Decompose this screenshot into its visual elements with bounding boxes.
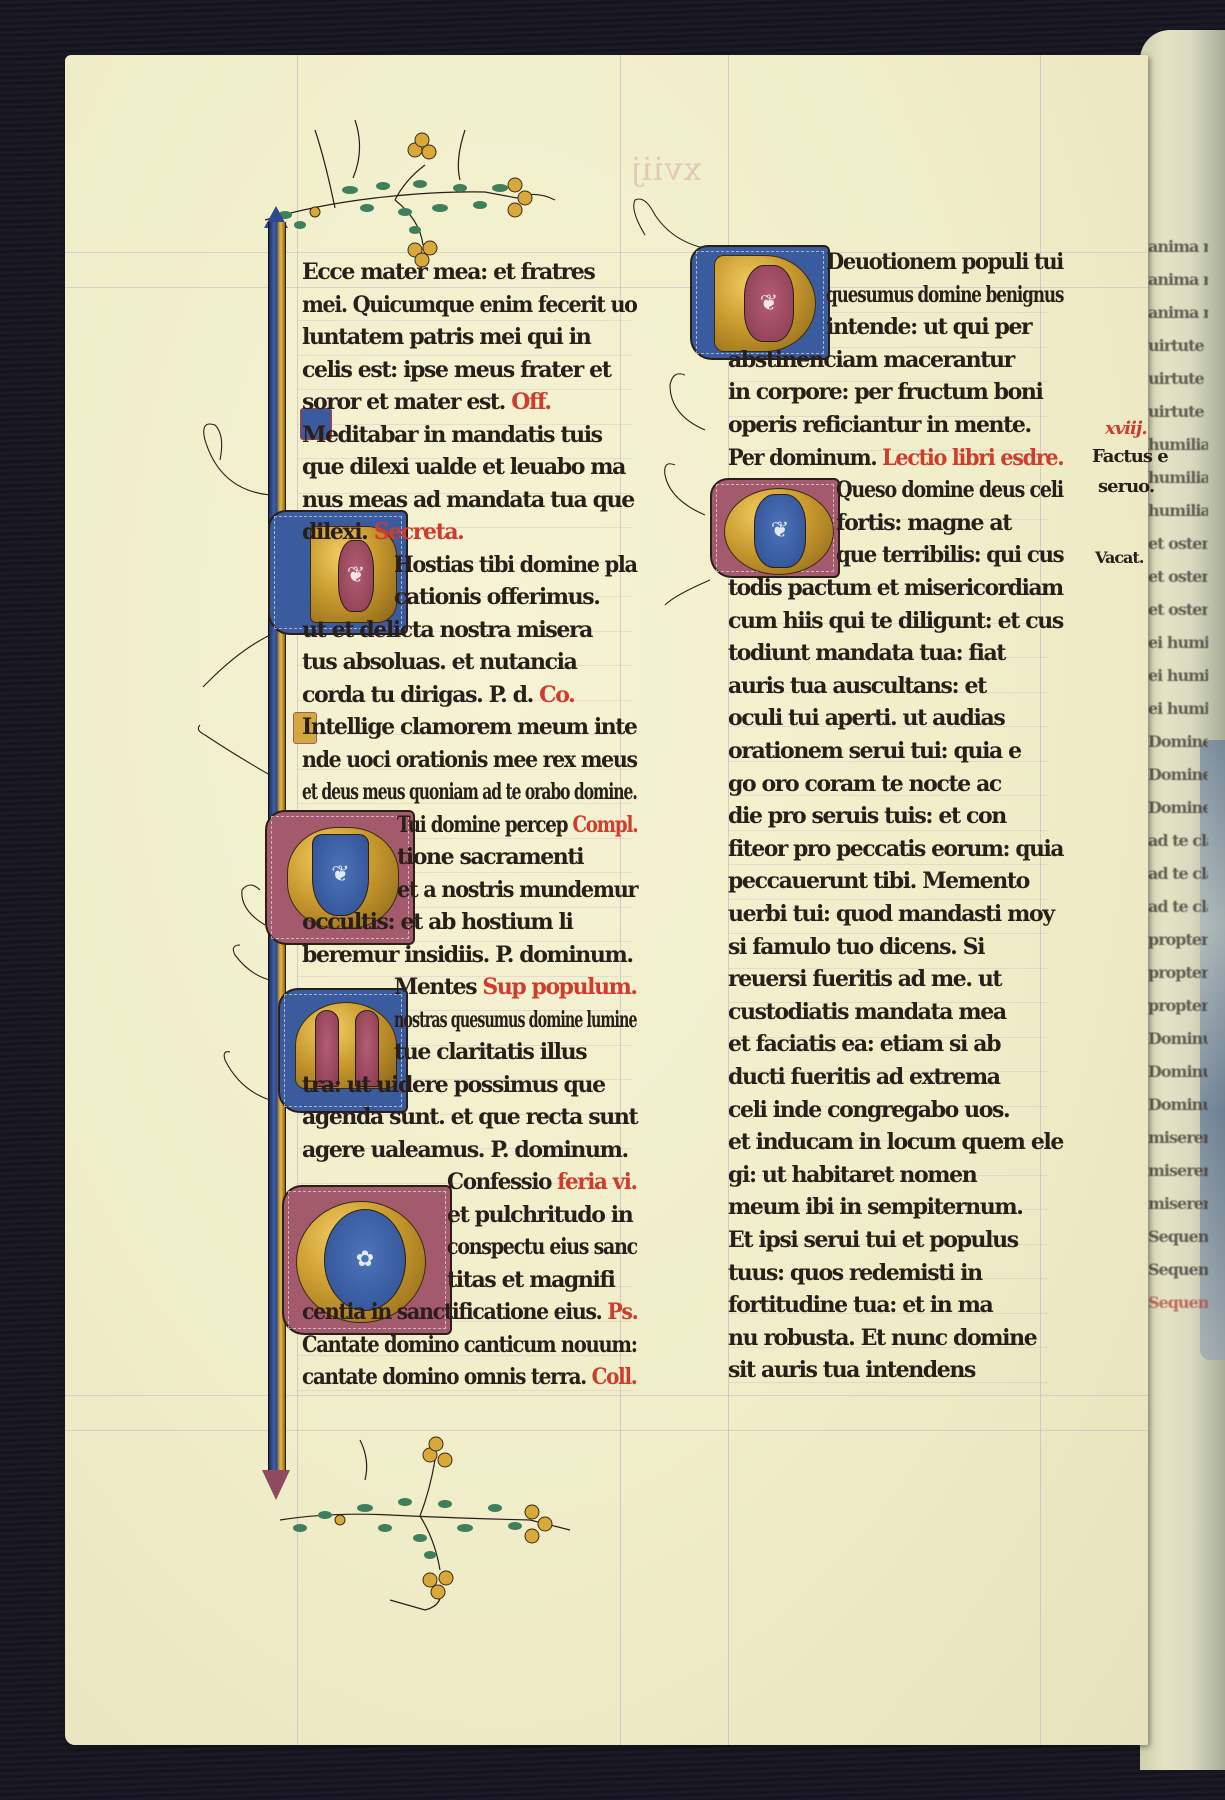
line-text: agenda sunt. et que recta sunt <box>302 1104 637 1130</box>
text-line: fortis: magne at <box>836 506 1011 540</box>
rubric: feria vi. <box>551 1169 637 1195</box>
line-text: fortis: magne at <box>836 510 1011 536</box>
text-line: abstinenciam macerantur <box>728 343 1014 377</box>
next-page-line: anima meam <box>1148 230 1208 263</box>
text-line: Cantate domino canticum nouum: <box>302 1328 637 1362</box>
line-text: et deus meus quoniam ad te orabo domine. <box>302 779 637 805</box>
text-line: fiteor pro peccatis eorum: quia <box>728 832 1063 866</box>
next-page-line: ad te clamaui <box>1148 857 1208 890</box>
text-line: Et ipsi serui tui et populus <box>728 1223 1018 1257</box>
line-text: beremur insidiis. P. dominum. <box>302 942 633 968</box>
border-bar-finial-bottom <box>262 1470 290 1500</box>
margin-note-vacat: Vacat. <box>1095 548 1143 567</box>
next-page-line: Sequentia <box>1148 1220 1208 1253</box>
line-text: celis est: ipse meus frater et <box>302 357 610 383</box>
line-text: cum hiis qui te diligunt: et cus <box>728 608 1063 634</box>
line-text: Et ipsi serui tui et populus <box>728 1227 1018 1253</box>
floral-spray-top <box>255 100 575 280</box>
text-line: oculi tui aperti. ut audias <box>728 701 1004 735</box>
text-line: Deuotionem populi tui <box>826 245 1063 279</box>
text-line: et deus meus quoniam ad te orabo domine. <box>302 775 637 809</box>
line-text: Deuotionem populi tui <box>826 249 1063 275</box>
text-line: corda tu dirigas. P. d. Co. <box>302 678 574 712</box>
margin-note-chapter: xviij. <box>1105 418 1147 439</box>
next-page-line: et ostendit <box>1148 560 1208 593</box>
text-line: celi inde congregabo uos. <box>728 1093 1009 1127</box>
text-line: que dilexi ualde et leuabo ma <box>302 450 625 484</box>
text-line: fortitudine tua: et in ma <box>728 1288 992 1322</box>
next-page-line: ei humilitas <box>1148 659 1208 692</box>
text-line: nu robusta. Et nunc domine <box>728 1321 1036 1355</box>
text-line: et inducam in locum quem ele <box>728 1125 1063 1159</box>
line-text: mei. Quicumque enim fecerit uo <box>302 292 637 318</box>
line-text: Cantate domino canticum nouum: <box>302 1332 637 1358</box>
text-line: et pulchritudo in <box>447 1198 632 1232</box>
line-text: todis pactum et misericordiam <box>728 575 1063 601</box>
line-text: celi inde congregabo uos. <box>728 1097 1009 1123</box>
line-text: Mentes <box>394 974 476 1000</box>
text-line: cantate domino omnis terra. Coll. <box>302 1360 636 1394</box>
rubric: Off. <box>505 389 551 415</box>
rubric: Co. <box>533 682 575 708</box>
text-line: agenda sunt. et que recta sunt <box>302 1100 637 1134</box>
line-text: nde uoci orationis mee rex meus <box>302 747 637 773</box>
next-page-line: anima meam <box>1148 263 1208 296</box>
next-page-line: humiliat <box>1148 494 1208 527</box>
line-text: centia in sanctificatione eius. <box>302 1299 602 1325</box>
line-text: sit auris tua intendens <box>728 1357 975 1383</box>
line-text: die pro seruis tuis: et con <box>728 803 1006 829</box>
line-text: Hostias tibi domine pla <box>394 552 637 578</box>
text-line: operis reficiantur in mente. <box>728 408 1031 442</box>
next-page-line: Dominus <box>1148 1055 1208 1088</box>
next-page-line: Dominus <box>1148 1022 1208 1055</box>
text-line: Mentes Sup populum. <box>394 970 637 1004</box>
text-line: intende: ut qui per <box>826 310 1031 344</box>
text-line: in corpore: per fructum boni <box>728 375 1042 409</box>
next-page-line: ei humilitas <box>1148 626 1208 659</box>
text-line: luntatem patris mei qui in <box>302 320 590 354</box>
line-text: quesumus domine benignus <box>826 282 1063 308</box>
margin-note-factus: Factus e <box>1092 446 1168 467</box>
line-text: Meditabar in mandatis tuis <box>302 422 602 448</box>
line-text: Queso domine deus celi <box>836 477 1063 503</box>
next-page-line: uirtute magna <box>1148 329 1208 362</box>
text-line: sit auris tua intendens <box>728 1353 975 1387</box>
line-text: luntatem patris mei qui in <box>302 324 590 350</box>
line-text: corda tu dirigas. P. d. <box>302 682 533 708</box>
next-page-line: Domine <box>1148 758 1208 791</box>
line-text: abstinenciam macerantur <box>728 347 1014 373</box>
text-line: nostras quesumus domine lumine <box>394 1003 637 1037</box>
line-text: gi: ut habitaret nomen <box>728 1162 976 1188</box>
text-line: die pro seruis tuis: et con <box>728 799 1006 833</box>
line-text: fiteor pro peccatis eorum: quia <box>728 836 1063 862</box>
text-line: gi: ut habitaret nomen <box>728 1158 976 1192</box>
text-line: quesumus domine benignus <box>826 278 1063 312</box>
text-line: orationem serui tui: quia e <box>728 734 1021 768</box>
next-page-line: ad te clamaui <box>1148 890 1208 923</box>
ghost-folio-number: xviij <box>630 150 702 188</box>
next-page-line: Sequentia <box>1148 1253 1208 1286</box>
text-line: nde uoci orationis mee rex meus <box>302 743 637 777</box>
next-page-line: miserere <box>1148 1154 1208 1187</box>
text-line: tuus: quos redemisti in <box>728 1256 982 1290</box>
rubric: Secreta. <box>367 519 463 545</box>
line-text: agere ualeamus. P. dominum. <box>302 1137 628 1163</box>
line-text: tue claritatis illus <box>394 1039 586 1065</box>
line-text: titas et magnifi <box>447 1267 615 1293</box>
line-text: que terribilis: qui cus <box>836 542 1063 568</box>
text-line: occultis: et ab hostium li <box>302 905 572 939</box>
initial-q-infill: ❦ <box>754 494 806 568</box>
line-text: et faciatis ea: etiam si ab <box>728 1031 1000 1057</box>
text-line: dilexi. Secreta. <box>302 515 463 549</box>
line-text: soror et mater est. <box>302 389 505 415</box>
next-page-line: Domine <box>1148 725 1208 758</box>
line-text: nostras quesumus domine lumine <box>394 1007 637 1033</box>
margin-note-seruo: seruo. <box>1098 476 1154 497</box>
rubric: Coll. <box>586 1364 637 1390</box>
line-text: tus absoluas. et nutancia <box>302 649 576 675</box>
next-page-line: Domine <box>1148 791 1208 824</box>
text-line: uerbi tui: quod mandasti moy <box>728 897 1054 931</box>
next-page-line: propter mea <box>1148 956 1208 989</box>
line-text: meum ibi in sempiternum. <box>728 1194 1022 1220</box>
line-text: nu robusta. Et nunc domine <box>728 1325 1036 1351</box>
rubric: Ps. <box>602 1299 638 1325</box>
text-line: Queso domine deus celi <box>836 473 1063 507</box>
line-text: et a nostris mundemur <box>397 877 637 903</box>
text-line: todiunt mandata tua: fiat <box>728 636 1005 670</box>
next-page-line: uirtute magna <box>1148 362 1208 395</box>
line-text: oculi tui aperti. ut audias <box>728 705 1004 731</box>
line-text: uerbi tui: quod mandasti moy <box>728 901 1054 927</box>
text-line: beremur insidiis. P. dominum. <box>302 938 633 972</box>
line-text: fortitudine tua: et in ma <box>728 1292 992 1318</box>
line-text: nus meas ad mandata tua que <box>302 487 634 513</box>
rubric: Compl. <box>567 812 637 838</box>
text-line: Meditabar in mandatis tuis <box>302 418 602 452</box>
line-text: ut et delicta nostra misera <box>302 617 592 643</box>
text-line: todis pactum et misericordiam <box>728 571 1063 605</box>
text-line: tus absoluas. et nutancia <box>302 645 576 679</box>
initial-h-infill: ❦ <box>338 540 374 612</box>
line-text: dilexi. <box>302 519 367 545</box>
line-text: si famulo tuo dicens. Si <box>728 934 984 960</box>
next-page-line: propter mea <box>1148 923 1208 956</box>
rubric: Sup populum. <box>476 974 636 1000</box>
next-page-line: et ostendit <box>1148 593 1208 626</box>
line-text: tra: ut uidere possimus que <box>302 1072 605 1098</box>
text-line: Per dominum. Lectio libri esdre. <box>728 441 1063 475</box>
text-line: agere ualeamus. P. dominum. <box>302 1133 628 1167</box>
text-line: reuersi fueritis ad me. ut <box>728 962 1001 996</box>
line-text: occultis: et ab hostium li <box>302 909 572 935</box>
text-line: cationis offerimus. <box>394 580 600 614</box>
text-line: que terribilis: qui cus <box>836 538 1063 572</box>
text-line: celis est: ipse meus frater et <box>302 353 610 387</box>
text-line: nus meas ad mandata tua que <box>302 483 634 517</box>
text-line: conspectu eius sanc <box>447 1230 637 1264</box>
floral-spray-bottom <box>270 1420 590 1620</box>
line-text: ducti fueritis ad extrema <box>728 1064 1000 1090</box>
next-page-line: miserere <box>1148 1187 1208 1220</box>
line-text: conspectu eius sanc <box>447 1234 637 1260</box>
line-text: go oro coram te nocte ac <box>728 771 1001 797</box>
line-text: et pulchritudo in <box>447 1202 632 1228</box>
line-text: cationis offerimus. <box>394 584 600 610</box>
text-line: ducti fueritis ad extrema <box>728 1060 1000 1094</box>
next-page-line: ad te clamaui <box>1148 824 1208 857</box>
next-page-text: anima meamanima meamanima meamuirtute ma… <box>1148 230 1208 1460</box>
line-text: orationem serui tui: quia e <box>728 738 1021 764</box>
line-text: intende: ut qui per <box>826 314 1031 340</box>
rubric: Lectio libri esdre. <box>876 445 1063 471</box>
text-line: et faciatis ea: etiam si ab <box>728 1027 1000 1061</box>
line-text: operis reficiantur in mente. <box>728 412 1031 438</box>
next-page-line: Dominus <box>1148 1088 1208 1121</box>
line-text: Ecce mater mea: et fratres <box>302 259 594 285</box>
text-line: si famulo tuo dicens. Si <box>728 930 984 964</box>
text-line: Ecce mater mea: et fratres <box>302 255 594 289</box>
line-text: peccauerunt tibi. Memento <box>728 868 1029 894</box>
text-line: Tui domine percep Compl. <box>397 808 637 842</box>
text-line: meum ibi in sempiternum. <box>728 1190 1022 1224</box>
line-text: todiunt mandata tua: fiat <box>728 640 1005 666</box>
line-text: custodiatis mandata mea <box>728 999 1006 1025</box>
line-text: tuus: quos redemisti in <box>728 1260 982 1286</box>
next-page-line: Sequentia <box>1148 1286 1208 1319</box>
line-text: auris tua auscultans: et <box>728 673 986 699</box>
text-line: et a nostris mundemur <box>397 873 637 907</box>
text-line: tue claritatis illus <box>394 1035 586 1069</box>
text-line: Intellige clamorem meum inte <box>302 710 637 744</box>
line-text: Per dominum. <box>728 445 876 471</box>
line-text: in corpore: per fructum boni <box>728 379 1042 405</box>
text-line: peccauerunt tibi. Memento <box>728 864 1029 898</box>
text-line: Hostias tibi domine pla <box>394 548 637 582</box>
text-line: cum hiis qui te diligunt: et cus <box>728 604 1063 638</box>
next-page-line: et ostendit <box>1148 527 1208 560</box>
line-text: Tui domine percep <box>397 812 567 838</box>
text-line: auris tua auscultans: et <box>728 669 986 703</box>
text-line: titas et magnifi <box>447 1263 615 1297</box>
text-line: centia in sanctificatione eius. Ps. <box>302 1295 637 1329</box>
line-text: tione sacramenti <box>397 844 583 870</box>
line-text: et inducam in locum quem ele <box>728 1129 1063 1155</box>
line-text: Intellige clamorem meum inte <box>302 714 637 740</box>
text-line: tra: ut uidere possimus que <box>302 1068 605 1102</box>
text-line: soror et mater est. Off. <box>302 385 551 419</box>
line-text: cantate domino omnis terra. <box>302 1364 586 1390</box>
text-line: Confessio feria vi. <box>447 1165 637 1199</box>
initial-q-queso: ❦ <box>710 478 840 578</box>
line-text: que dilexi ualde et leuabo ma <box>302 454 625 480</box>
next-page-line: ei humilitas <box>1148 692 1208 725</box>
text-line: go oro coram te nocte ac <box>728 767 1001 801</box>
line-text: reuersi fueritis ad me. ut <box>728 966 1001 992</box>
text-line: mei. Quicumque enim fecerit uo <box>302 288 637 322</box>
text-line: tione sacramenti <box>397 840 583 874</box>
text-line: custodiatis mandata mea <box>728 995 1006 1029</box>
next-page-line: propter mea <box>1148 989 1208 1022</box>
next-page-line: anima meam <box>1148 296 1208 329</box>
text-line: ut et delicta nostra misera <box>302 613 592 647</box>
line-text: Confessio <box>447 1169 551 1195</box>
next-page-line: uirtute magna <box>1148 395 1208 428</box>
initial-d-infill: ❦ <box>744 265 794 342</box>
next-page-line: miserere <box>1148 1121 1208 1154</box>
initial-t-infill: ❦ <box>312 834 369 916</box>
